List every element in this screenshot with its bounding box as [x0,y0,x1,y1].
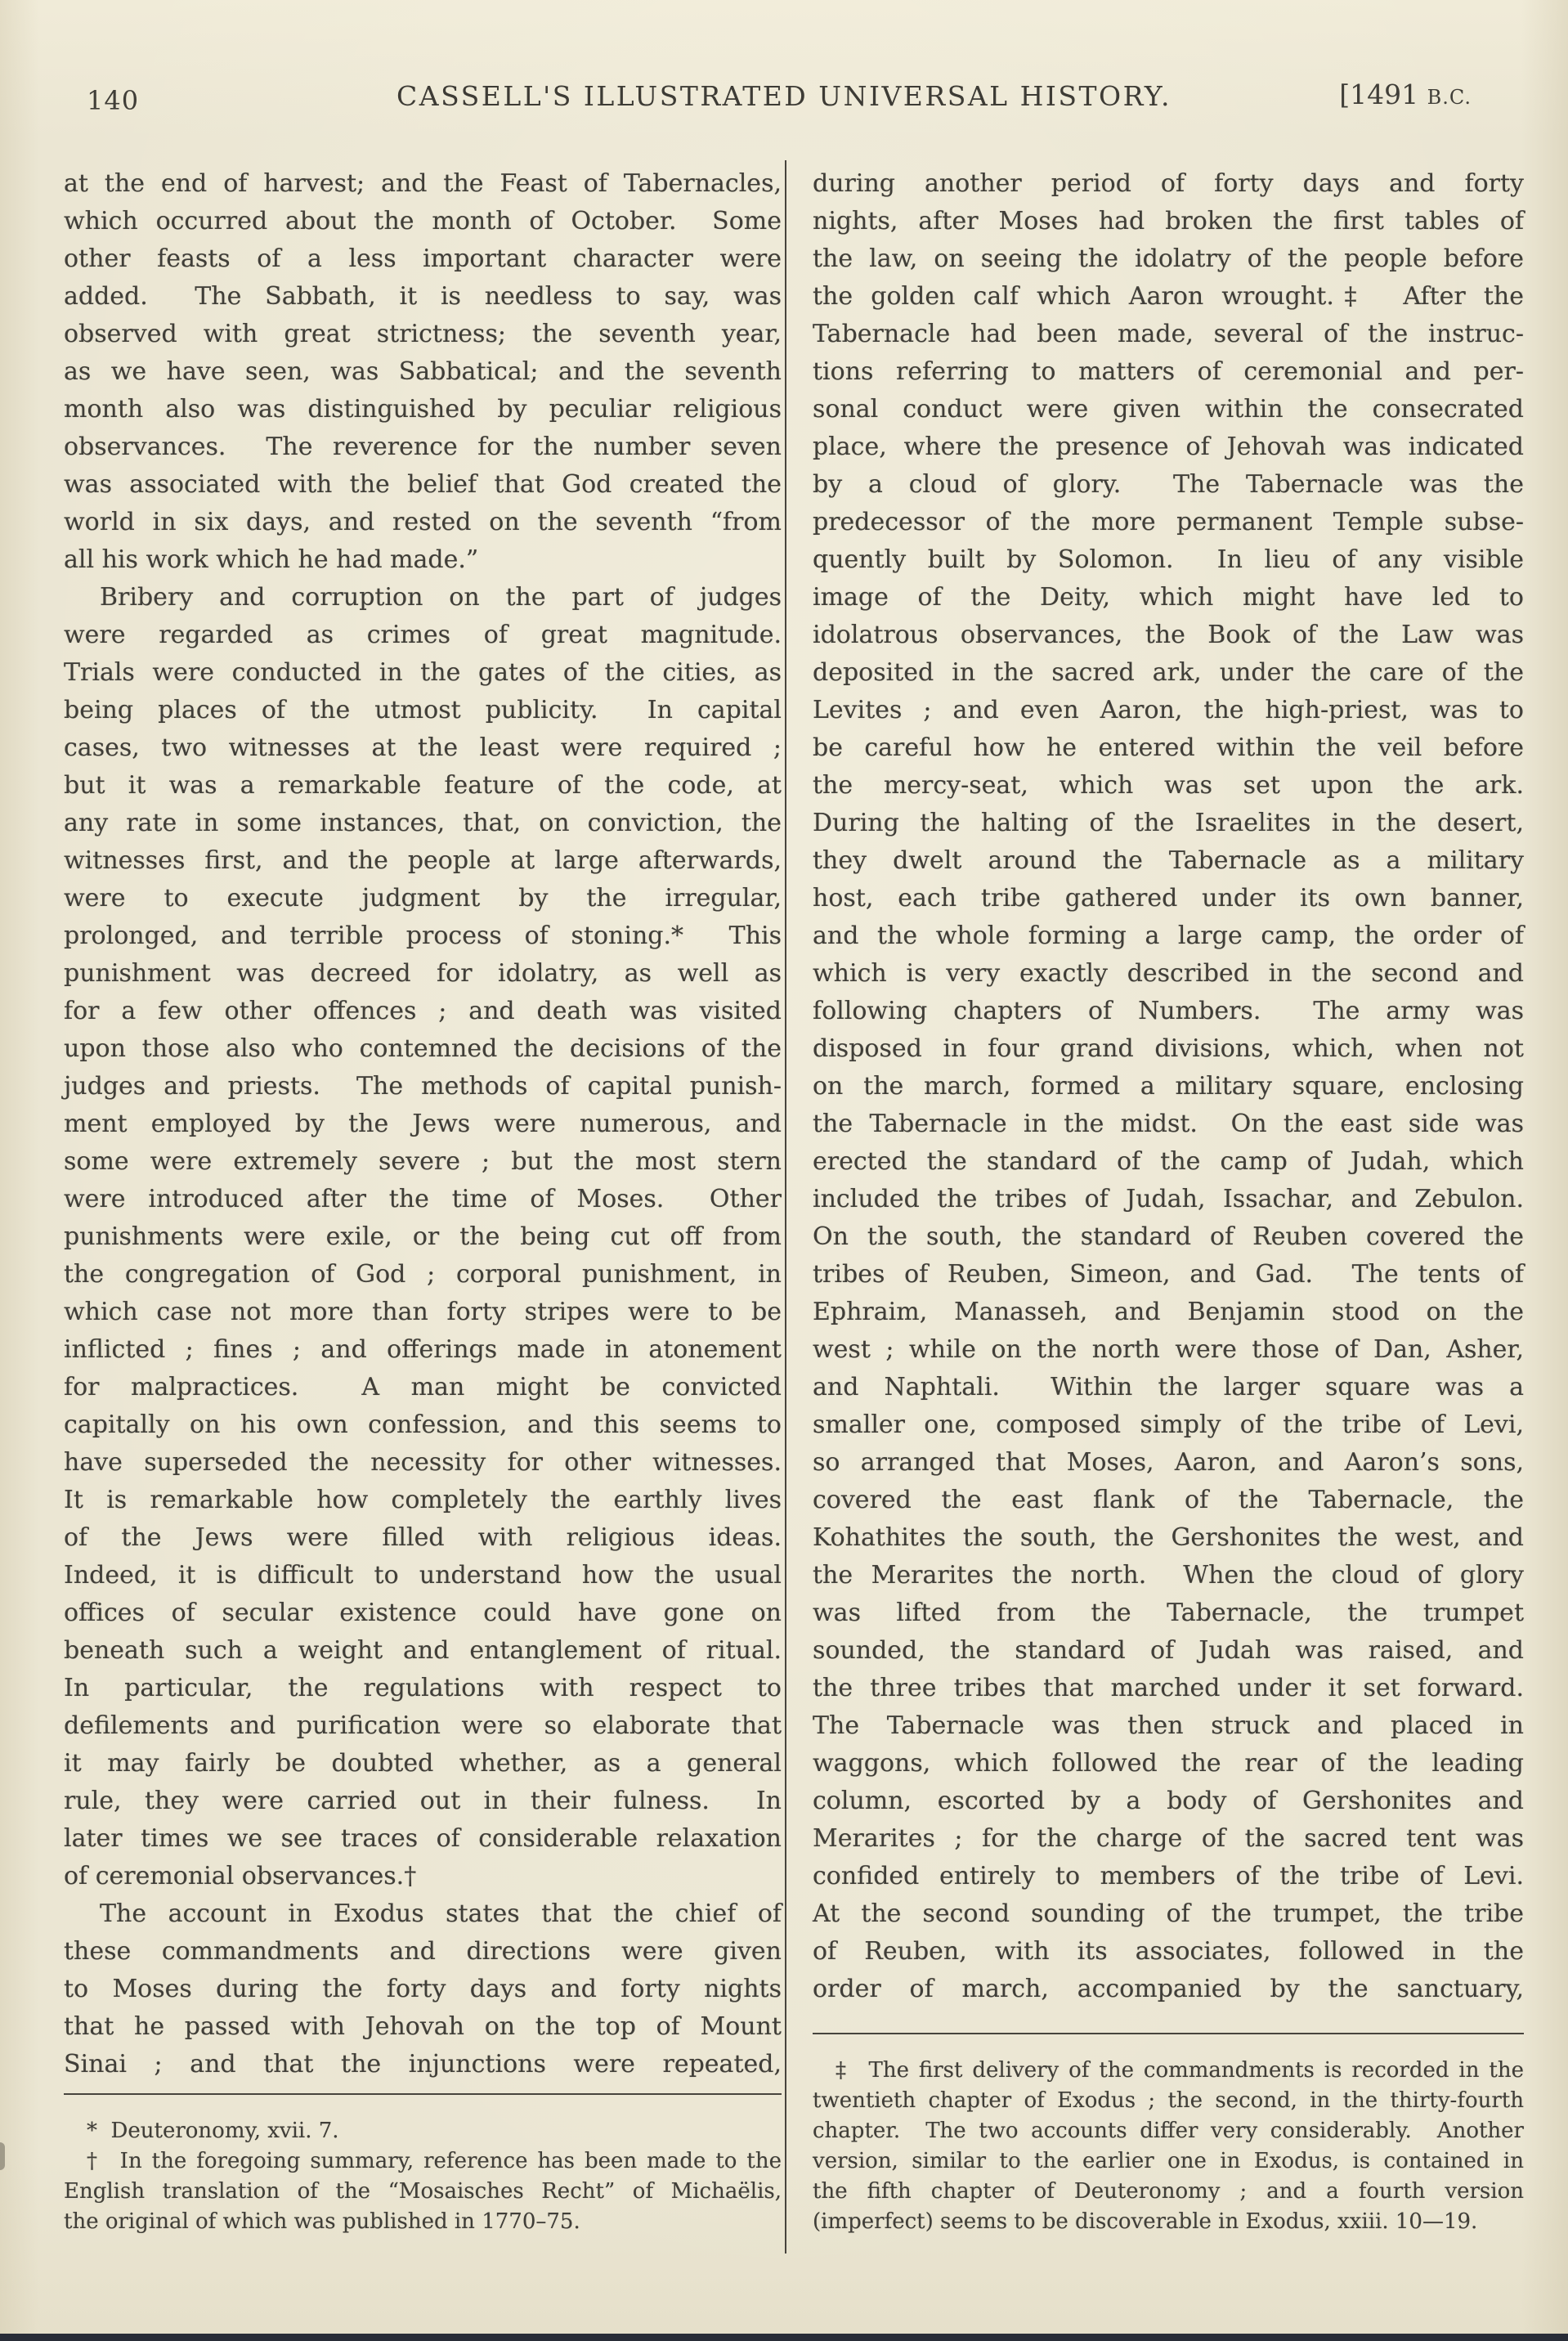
text-line: all his work which he had made.” [64,541,782,579]
text-line: On the south, the standard of Reuben cov… [813,1218,1524,1256]
text-line: for malpractices. A man might be convict… [64,1369,782,1406]
text-line: the three tribes that marched under it s… [813,1670,1524,1707]
text-line: place, where the presence of Jehovah was… [813,428,1524,466]
text-line: defilements and purification were so ela… [64,1707,782,1745]
text-line: following chapters of Numbers. The army … [813,993,1524,1030]
text-line: on the march, formed a military square, … [813,1068,1524,1105]
date-year: [1491 [1339,78,1427,110]
text-line: Ephraim, Manasseh, and Benjamin stood on… [813,1294,1524,1331]
text-line: that he passed with Jehovah on the top o… [64,2008,782,2046]
paragraph: † In the foregoing summary, reference ha… [64,2146,782,2237]
text-line: Levites ; and even Aaron, the high-pries… [813,692,1524,729]
text-line: image of the Deity, which might have led… [813,579,1524,617]
text-line: other feasts of a less important charact… [64,240,782,278]
text-line: cases, two witnesses at the least were r… [64,729,782,767]
text-line: the Merarites the north. When the cloud … [813,1557,1524,1594]
text-line: during another period of forty days and … [813,165,1524,203]
text-line: tions referring to matters of ceremonial… [813,353,1524,391]
text-line: which occurred about the month of Octobe… [64,203,782,240]
text-line: English translation of the “Mosaisches R… [64,2177,782,2207]
right-column: during another period of forty days and … [813,165,1524,2237]
text-line: rule, they were carried out in their ful… [64,1783,782,1820]
text-line: erected the standard of the camp of Juda… [813,1143,1524,1181]
text-line: idolatrous observances, the Book of the … [813,617,1524,654]
text-line: Kohathites the south, the Gershonites th… [813,1519,1524,1557]
text-line: the fifth chapter of Deuteronomy ; and a… [813,2177,1524,2207]
text-line: as we have seen, was Sabbatical; and the… [64,353,782,391]
text-line: order of march, accompanied by the sanct… [813,1971,1524,2008]
text-line: Bribery and corruption on the part of ju… [64,579,782,617]
scan-speck [0,2142,5,2170]
text-line: † In the foregoing summary, reference ha… [64,2146,782,2177]
text-line: During the halting of the Israelites in … [813,805,1524,842]
text-line: for a few other offences ; and death was… [64,993,782,1030]
text-line: was associated with the belief that God … [64,466,782,504]
text-line: ment employed by the Jews were numerous,… [64,1105,782,1143]
paragraph: ‡ The first delivery of the commandments… [813,2056,1524,2237]
text-line: west ; while on the north were those of … [813,1331,1524,1369]
text-line: The account in Exodus states that the ch… [64,1895,782,1933]
book-page: 140 CASSELL'S ILLUSTRATED UNIVERSAL HIST… [0,0,1568,2341]
text-line: Merarites ; for the charge of the sacred… [813,1820,1524,1858]
text-line: twentieth chapter of Exodus ; the second… [813,2086,1524,2116]
text-line: punishments were exile, or the being cut… [64,1218,782,1256]
running-title: CASSELL'S ILLUSTRATED UNIVERSAL HISTORY. [0,80,1568,112]
text-line: were introduced after the time of Moses.… [64,1181,782,1218]
text-line: Tabernacle had been made, several of the… [813,316,1524,353]
paragraph: at the end of harvest; and the Feast of … [64,165,782,579]
text-line: covered the east flank of the Tabernacle… [813,1482,1524,1519]
paragraph: * Deuteronomy, xvii. 7. [64,2116,782,2146]
text-line: were regarded as crimes of great magnitu… [64,617,782,654]
text-line: at the end of harvest; and the Feast of … [64,165,782,203]
text-line: observed with great strictness; the seve… [64,316,782,353]
left-footnotes: * Deuteronomy, xvii. 7.† In the foregoin… [64,2116,782,2237]
text-line: observances. The reverence for the numbe… [64,428,782,466]
text-line: punishment was decreed for idolatry, as … [64,955,782,993]
text-line: were to execute judgment by the irregula… [64,880,782,917]
paragraph: The account in Exodus states that the ch… [64,1895,782,2083]
text-line: be careful how he entered within the vei… [813,729,1524,767]
text-line: confided entirely to members of the trib… [813,1858,1524,1895]
text-line: It is remarkable how completely the eart… [64,1482,782,1519]
text-line: version, similar to the earlier one in E… [813,2146,1524,2177]
text-line: host, each tribe gathered under its own … [813,880,1524,917]
text-line: prolonged, and terrible process of stoni… [64,917,782,955]
text-line: month also was distinguished by peculiar… [64,391,782,428]
text-line: any rate in some instances, that, on con… [64,805,782,842]
left-column-body: at the end of harvest; and the Feast of … [64,165,782,2083]
text-line: the mercy-seat, which was set upon the a… [813,767,1524,805]
column-divider [785,160,786,2254]
text-line: of the Jews were filled with religious i… [64,1519,782,1557]
footnote-separator [64,2093,782,2095]
text-line: witnesses first, and the people at large… [64,842,782,880]
text-line: later times we see traces of considerabl… [64,1820,782,1858]
text-line: beneath such a weight and entanglement o… [64,1632,782,1670]
text-line: the golden calf which Aaron wrought.‡ Af… [813,278,1524,316]
text-line: Trials were conducted in the gates of th… [64,654,782,692]
text-line: which case not more than forty stripes w… [64,1294,782,1331]
date-annotation: [1491 B.C. [1339,78,1472,110]
text-line: inflicted ; fines ; and offerings made i… [64,1331,782,1369]
text-line: quently built by Solomon. In lieu of any… [813,541,1524,579]
text-line: to Moses during the forty days and forty… [64,1971,782,2008]
text-line: have superseded the necessity for other … [64,1444,782,1482]
text-line: the original of which was published in 1… [64,2207,782,2237]
text-line: the congregation of God ; corporal punis… [64,1256,782,1294]
text-line: and the whole forming a large camp, the … [813,917,1524,955]
text-line: At the second sounding of the trumpet, t… [813,1895,1524,1933]
page-header: 140 CASSELL'S ILLUSTRATED UNIVERSAL HIST… [0,0,1568,139]
text-line: disposed in four grand divisions, which,… [813,1030,1524,1068]
text-line: nights, after Moses had broken the first… [813,203,1524,240]
text-line: but it was a remarkable feature of the c… [64,767,782,805]
left-column: at the end of harvest; and the Feast of … [64,165,782,2237]
paragraph: Bribery and corruption on the part of ju… [64,579,782,1895]
text-line: deposited in the sacred ark, under the c… [813,654,1524,692]
text-line: some were extremely severe ; but the mos… [64,1143,782,1181]
text-line: smaller one, composed simply of the trib… [813,1406,1524,1444]
date-era: B.C. [1427,86,1472,109]
text-line: tribes of Reuben, Simeon, and Gad. The t… [813,1256,1524,1294]
text-line: The Tabernacle was then struck and place… [813,1707,1524,1745]
text-line: and Naphtali. Within the larger square w… [813,1369,1524,1406]
footnote-separator [813,2033,1524,2034]
text-line: column, escorted by a body of Gershonite… [813,1783,1524,1820]
text-line: was lifted from the Tabernacle, the trum… [813,1594,1524,1632]
text-line: ‡ The first delivery of the commandments… [813,2056,1524,2086]
right-footnotes: ‡ The first delivery of the commandments… [813,2056,1524,2237]
text-line: these commandments and directions were g… [64,1933,782,1971]
text-line: chapter. The two accounts differ very co… [813,2116,1524,2146]
text-line: world in six days, and rested on the sev… [64,504,782,541]
text-line: of Reuben, with its associates, followed… [813,1933,1524,1971]
text-line: of ceremonial observances.† [64,1858,782,1895]
text-line: * Deuteronomy, xvii. 7. [64,2116,782,2146]
text-line: In particular, the regulations with resp… [64,1670,782,1707]
text-line: it may fairly be doubted whether, as a g… [64,1745,782,1783]
text-line: judges and priests. The methods of capit… [64,1068,782,1105]
text-line: waggons, which followed the rear of the … [813,1745,1524,1783]
text-line: added. The Sabbath, it is needless to sa… [64,278,782,316]
text-line: being places of the utmost publicity. In… [64,692,782,729]
text-line: the Tabernacle in the midst. On the east… [813,1105,1524,1143]
text-line: predecessor of the more permanent Temple… [813,504,1524,541]
right-column-body: during another period of forty days and … [813,165,1524,2008]
text-line: sonal conduct were given within the cons… [813,391,1524,428]
text-line: included the tribes of Judah, Issachar, … [813,1181,1524,1218]
text-line: Sinai ; and that the injunctions were re… [64,2046,782,2083]
text-line: (imperfect) seems to be discoverable in … [813,2207,1524,2237]
text-line: offices of secular existence could have … [64,1594,782,1632]
scan-edge-bottom [0,2334,1568,2341]
text-line: they dwelt around the Tabernacle as a mi… [813,842,1524,880]
text-line: Indeed, it is difficult to understand ho… [64,1557,782,1594]
text-line: upon those also who contemned the decisi… [64,1030,782,1068]
text-line: capitally on his own confession, and thi… [64,1406,782,1444]
text-line: so arranged that Moses, Aaron, and Aaron… [813,1444,1524,1482]
text-line: sounded, the standard of Judah was raise… [813,1632,1524,1670]
text-line: which is very exactly described in the s… [813,955,1524,993]
text-line: by a cloud of glory. The Tabernacle was … [813,466,1524,504]
paragraph: during another period of forty days and … [813,165,1524,2008]
text-line: the law, on seeing the idolatry of the p… [813,240,1524,278]
